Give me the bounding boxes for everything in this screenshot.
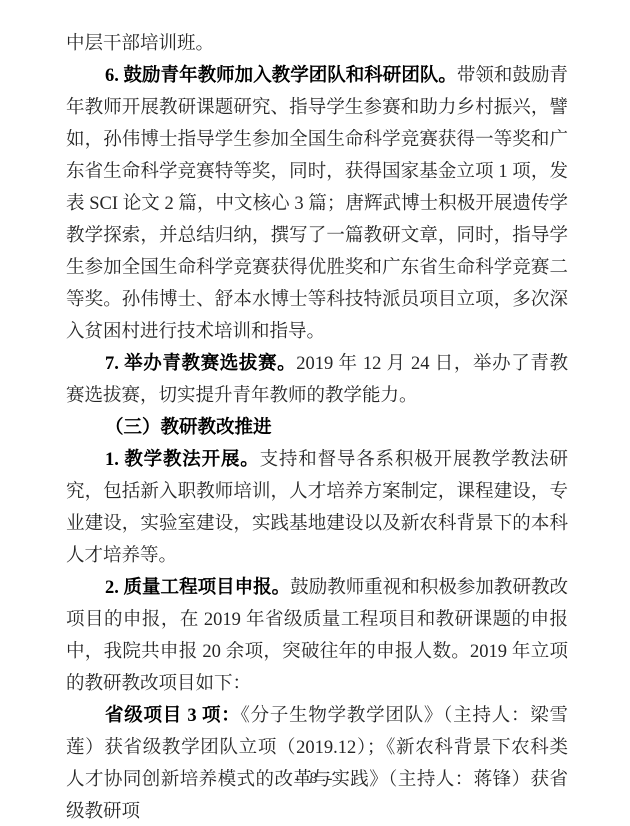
page-number: - 8 - (295, 770, 336, 787)
document-body: 中层干部培训班。 6. 鼓励青年教师加入教学团队和科研团队。带领和鼓励青年教师开… (0, 0, 630, 826)
paragraph-carryover: 中层干部培训班。 (66, 28, 568, 60)
page-footer: - 8 - (0, 770, 630, 788)
paragraph-item-6: 6. 鼓励青年教师加入教学团队和科研团队。带领和鼓励青年教师开展教研课题研究、指… (66, 60, 568, 348)
section-heading: （三）教研教改推进 (66, 412, 568, 444)
paragraph-item-1: 1. 教学教法开展。支持和督导各系积极开展教学教法研究，包括新入职教师培训，人才… (66, 444, 568, 572)
paragraph-item-7: 7. 举办青教赛选拔赛。2019 年 12 月 24 日，举办了青教赛选拔赛，切… (66, 348, 568, 412)
paragraph-provincial-projects: 省级项目 3 项：《分子生物学教学团队》（主持人：梁雪莲）获省级教学团队立项（2… (66, 700, 568, 826)
paragraph-lead: 1. 教学教法开展。 (105, 450, 260, 470)
paragraph-text: 带领和鼓励青年教师开展教研课题研究、指导学生参赛和助力乡村振兴，譬如，孙伟博士指… (66, 66, 568, 342)
paragraph-lead: 省级项目 3 项： (105, 706, 241, 726)
paragraph-lead: 2. 质量工程项目申报。 (105, 578, 290, 598)
paragraph-item-2: 2. 质量工程项目申报。鼓励教师重视和积极参加教研教改项目的申报，在 2019 … (66, 572, 568, 700)
document-page: 中层干部培训班。 6. 鼓励青年教师加入教学团队和科研团队。带领和鼓励青年教师开… (0, 0, 630, 826)
paragraph-text: 中层干部培训班。 (66, 34, 214, 54)
section-heading-text: （三）教研教改推进 (105, 418, 272, 438)
paragraph-lead: 6. 鼓励青年教师加入教学团队和科研团队。 (105, 66, 457, 86)
paragraph-lead: 7. 举办青教赛选拔赛。 (105, 354, 296, 374)
